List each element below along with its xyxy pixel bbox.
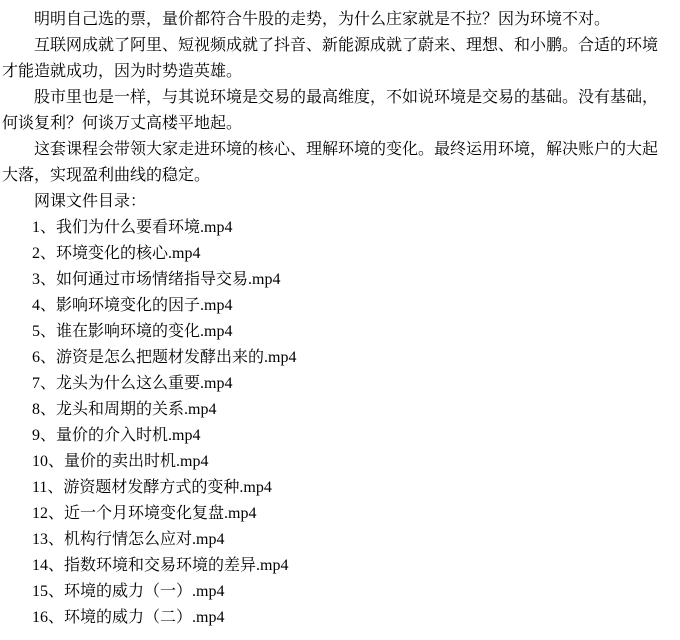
file-number: 14、 xyxy=(32,557,64,574)
file-title: 环境变化的核心.mp4 xyxy=(56,245,200,262)
file-list-item: 4、影响环境变化的因子.mp4 xyxy=(2,293,662,319)
file-list-item: 9、量价的介入时机.mp4 xyxy=(2,423,662,449)
file-number: 1、 xyxy=(32,219,56,236)
file-number: 9、 xyxy=(32,427,56,444)
file-title: 龙头和周期的关系.mp4 xyxy=(56,401,216,418)
file-title: 影响环境变化的因子.mp4 xyxy=(56,297,232,314)
file-list-item: 2、环境变化的核心.mp4 xyxy=(2,241,662,267)
file-title: 环境的威力（一）.mp4 xyxy=(64,583,224,600)
file-title: 游资题材发酵方式的变种.mp4 xyxy=(63,479,271,496)
file-title: 量价的介入时机.mp4 xyxy=(56,427,200,444)
file-number: 7、 xyxy=(32,375,56,392)
file-title: 近一个月环境变化复盘.mp4 xyxy=(64,505,256,522)
paragraph-intro-1: 明明自己选的票，量价都符合牛股的走势，为什么庄家就是不拉？因为环境不对。 xyxy=(2,7,662,33)
file-number: 12、 xyxy=(32,505,64,522)
file-number: 8、 xyxy=(32,401,56,418)
file-title: 游资是怎么把题材发酵出来的.mp4 xyxy=(56,349,296,366)
file-number: 11、 xyxy=(32,479,63,496)
file-list-heading: 网课文件目录： xyxy=(2,189,662,215)
file-title: 指数环境和交易环境的差异.mp4 xyxy=(64,557,288,574)
file-list-item: 1、我们为什么要看环境.mp4 xyxy=(2,215,662,241)
file-title: 环境的威力（二）.mp4 xyxy=(64,609,224,626)
file-title: 谁在影响环境的变化.mp4 xyxy=(56,323,232,340)
file-list-item: 3、如何通过市场情绪指导交易.mp4 xyxy=(2,267,662,293)
paragraph-intro-3: 股市里也是一样，与其说环境是交易的最高维度，不如说环境是交易的基础。没有基础，何… xyxy=(2,85,662,137)
file-number: 10、 xyxy=(32,453,64,470)
file-list-item: 16、环境的威力（二）.mp4 xyxy=(2,605,662,631)
paragraph-intro-4: 这套课程会带领大家走进环境的核心、理解环境的变化。最终运用环境，解决账户的大起大… xyxy=(2,137,662,189)
file-list-item: 15、环境的威力（一）.mp4 xyxy=(2,579,662,605)
document-page: 明明自己选的票，量价都符合牛股的走势，为什么庄家就是不拉？因为环境不对。 互联网… xyxy=(0,0,680,640)
file-number: 3、 xyxy=(32,271,56,288)
file-list-item: 5、谁在影响环境的变化.mp4 xyxy=(2,319,662,345)
file-number: 15、 xyxy=(32,583,64,600)
file-list-item: 13、机构行情怎么应对.mp4 xyxy=(2,527,662,553)
file-title: 龙头为什么这么重要.mp4 xyxy=(56,375,232,392)
paragraph-intro-2: 互联网成就了阿里、短视频成就了抖音、新能源成就了蔚来、理想、和小鹏。合适的环境才… xyxy=(2,33,662,85)
file-number: 5、 xyxy=(32,323,56,340)
file-title: 我们为什么要看环境.mp4 xyxy=(56,219,232,236)
file-list-item: 10、量价的卖出时机.mp4 xyxy=(2,449,662,475)
file-title: 机构行情怎么应对.mp4 xyxy=(64,531,224,548)
file-number: 16、 xyxy=(32,609,64,626)
file-list-item: 6、游资是怎么把题材发酵出来的.mp4 xyxy=(2,345,662,371)
file-list: 1、我们为什么要看环境.mp4 2、环境变化的核心.mp4 3、如何通过市场情绪… xyxy=(2,215,662,631)
file-list-item: 14、指数环境和交易环境的差异.mp4 xyxy=(2,553,662,579)
file-list-item: 7、龙头为什么这么重要.mp4 xyxy=(2,371,662,397)
file-number: 4、 xyxy=(32,297,56,314)
file-list-item: 8、龙头和周期的关系.mp4 xyxy=(2,397,662,423)
file-number: 6、 xyxy=(32,349,56,366)
file-title: 量价的卖出时机.mp4 xyxy=(64,453,208,470)
file-list-item: 12、近一个月环境变化复盘.mp4 xyxy=(2,501,662,527)
file-number: 2、 xyxy=(32,245,56,262)
file-number: 13、 xyxy=(32,531,64,548)
file-list-item: 11、游资题材发酵方式的变种.mp4 xyxy=(2,475,662,501)
file-title: 如何通过市场情绪指导交易.mp4 xyxy=(56,271,280,288)
